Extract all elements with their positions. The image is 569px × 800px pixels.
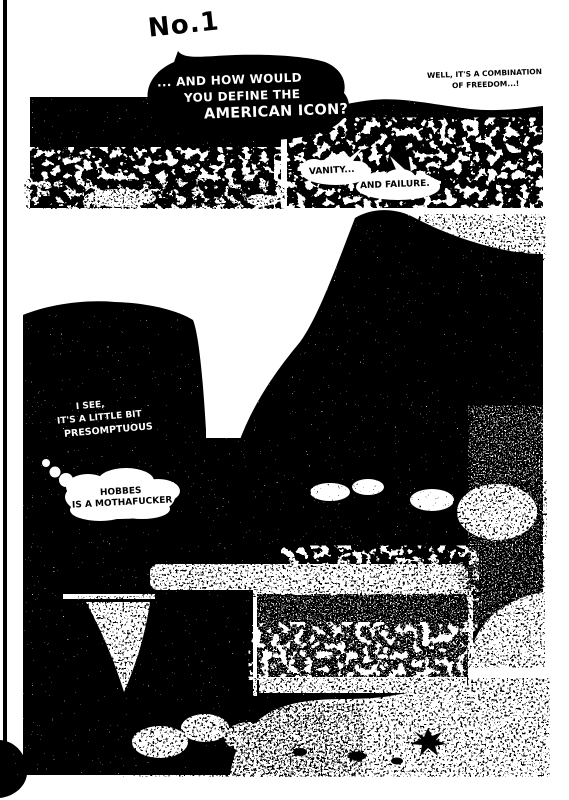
- comic-artwork: [0, 0, 569, 800]
- inset-panel-right: [253, 589, 473, 696]
- issue-number: No.1: [147, 8, 221, 41]
- comic-page: No.1 ... AND HOW WOULD YOU DEFINE THE AM…: [0, 0, 569, 800]
